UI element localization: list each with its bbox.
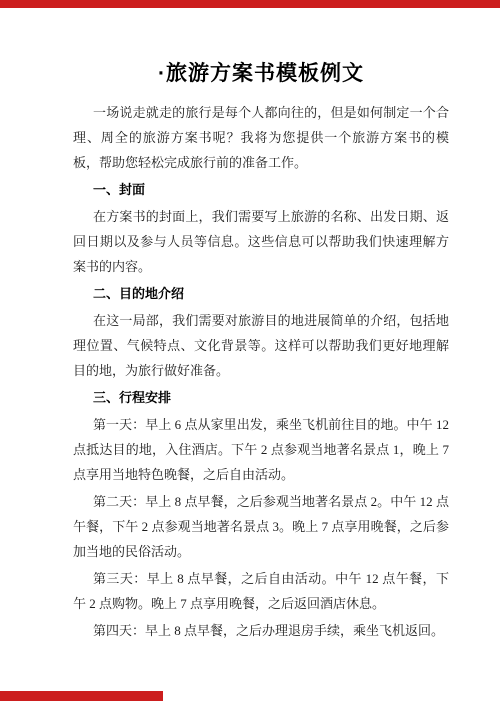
intro-paragraph: 一场说走就走的旅行是每个人都向往的，但是如何制定一个合理、周全的旅游方案书呢？我…: [73, 100, 449, 175]
top-red-bar: [0, 0, 500, 8]
itinerary-day-2-paragraph: 第二天：早上 8 点早餐，之后参观当地著名景点 2。中午 12 点午餐，下午 2…: [73, 489, 449, 564]
section-heading-destination: 二、目的地介绍: [73, 281, 449, 306]
page-title: ·旅游方案书模板例文: [73, 58, 449, 90]
section-destination-paragraph: 在这一局部，我们需要对旅游目的地进展简单的介绍，包括地理位置、气候特点、文化背景…: [73, 308, 449, 383]
bottom-red-bar: [0, 691, 163, 701]
document-page: { "page": { "background_color": "#ffffff…: [0, 0, 500, 707]
section-cover-paragraph: 在方案书的封面上，我们需要写上旅游的名称、出发日期、返回日期以及参与人员等信息。…: [73, 204, 449, 279]
itinerary-day-3-paragraph: 第三天：早上 8 点早餐，之后自由活动。中午 12 点午餐，下午 2 点购物。晚…: [73, 566, 449, 616]
itinerary-day-1-paragraph: 第一天：早上 6 点从家里出发，乘坐飞机前往目的地。中午 12 点抵达目的地，入…: [73, 412, 449, 487]
document-body: ·旅游方案书模板例文 一场说走就走的旅行是每个人都向往的，但是如何制定一个合理、…: [73, 58, 449, 645]
section-heading-itinerary: 三、行程安排: [73, 385, 449, 410]
itinerary-day-4-paragraph: 第四天：早上 8 点早餐，之后办理退房手续，乘坐飞机返回。: [73, 618, 449, 643]
section-heading-cover: 一、封面: [73, 177, 449, 202]
